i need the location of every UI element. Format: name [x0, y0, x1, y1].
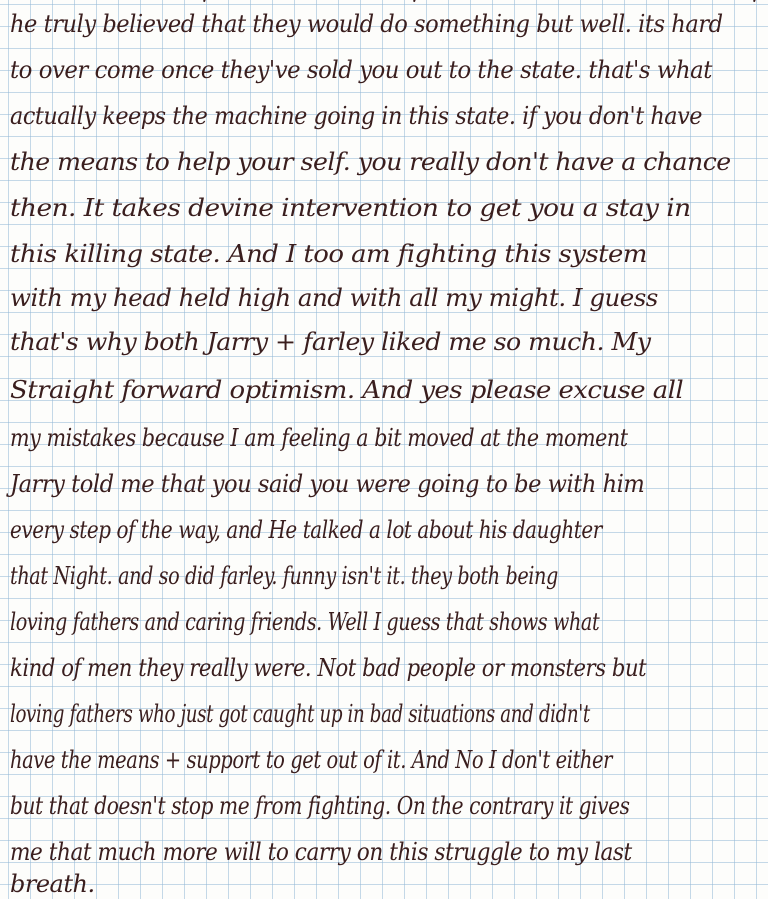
letter-line-1: he truly believed that they would do som…	[10, 10, 723, 38]
letter-line-15: kind of men they really were. Not bad pe…	[10, 654, 646, 682]
letter-line-18: but that doesn't stop me from fighting. …	[10, 792, 630, 820]
letter-line-7: with my head held high and with all my m…	[10, 284, 658, 312]
letter-line-14: loving fathers and caring friends. Well …	[10, 608, 599, 636]
letter-line-10: my mistakes because I am feeling a bit m…	[10, 424, 628, 452]
letter-line-19: me that much more will to carry on this …	[10, 838, 632, 866]
letter-line-6: this killing state. And I too am fightin…	[10, 240, 647, 268]
letter-page: he truly believed that they would do som…	[0, 0, 768, 899]
letter-line-16: loving fathers who just got caught up in…	[10, 700, 590, 728]
letter-line-8: that's why both Jarry + farley liked me …	[10, 328, 650, 356]
letter-line-20: breath.	[10, 870, 95, 898]
letter-line-13: that Night. and so did farley. funny isn…	[10, 562, 558, 590]
previous-line-descenders	[0, 0, 768, 4]
letter-line-12: every step of the way, and He talked a l…	[10, 516, 602, 544]
letter-line-11: Jarry told me that you said you were goi…	[10, 470, 644, 498]
letter-line-9: Straight forward optimism. And yes pleas…	[10, 376, 683, 404]
letter-line-2: to over come once they've sold you out t…	[10, 56, 712, 84]
letter-line-17: have the means + support to get out of i…	[10, 746, 612, 774]
letter-line-5: then. It takes devine intervention to ge…	[10, 194, 691, 222]
letter-line-3: actually keeps the machine going in this…	[10, 102, 702, 130]
letter-line-4: the means to help your self. you really …	[10, 148, 731, 176]
